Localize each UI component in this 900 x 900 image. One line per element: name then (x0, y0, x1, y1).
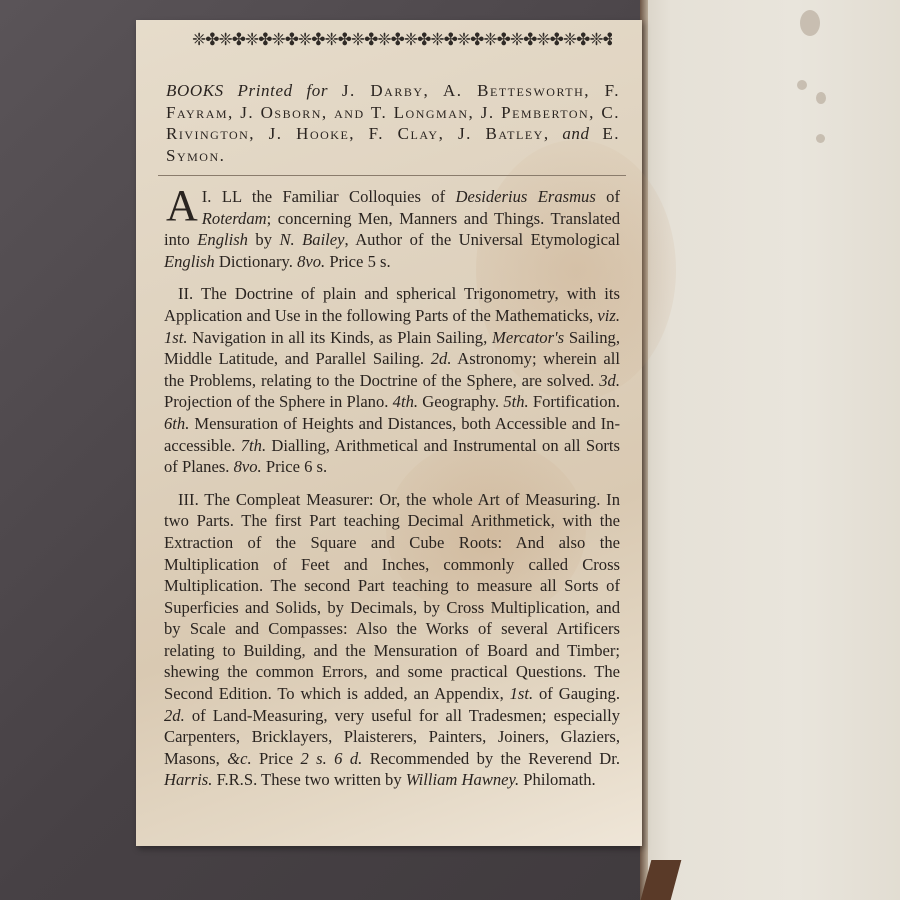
header-rule (158, 175, 626, 176)
entry-text: LL the Familiar Colloquies of (222, 187, 456, 206)
entry-text: Price 6 s. (262, 457, 327, 476)
book-entry-1: I. ALL the Familiar Colloquies of Deside… (164, 186, 620, 272)
entry-text: Fortification. (529, 392, 620, 411)
entry-italic: N. Bailey (279, 230, 344, 249)
foxing-spot (816, 134, 825, 143)
entry-italic: 6th. (164, 414, 189, 433)
header-books: BOOKS (166, 81, 224, 100)
entry-italic: Mercator's (492, 328, 564, 347)
entry-text: Price 5 s. (325, 252, 390, 271)
right-blank-page (640, 0, 900, 900)
header-printed-for: Printed for (224, 81, 342, 100)
entry-italic: Harris. (164, 770, 212, 789)
entry-italic: &c. (227, 749, 251, 768)
entry-text: F.R.S. These two written by (212, 770, 405, 789)
entry-italic: English (197, 230, 248, 249)
entry-text: of Gauging. (533, 684, 620, 703)
entry-italic: 4th. (393, 392, 418, 411)
entry-italic: 2d. (164, 706, 185, 725)
entry-italic: 8vo. (297, 252, 325, 271)
entry-italic: 1st. (510, 684, 534, 703)
entry-italic: Roterdam (202, 209, 267, 228)
book-entry-2: II. The Doctrine of plain and spherical … (164, 283, 620, 477)
entry-text: of (596, 187, 620, 206)
entry-number: I. (202, 187, 212, 206)
entry-italic: 5th. (503, 392, 528, 411)
entry-italic: 3d. (599, 371, 620, 390)
entry-italic: Desiderius Erasmus (455, 187, 595, 206)
entry-text: Philomath. (519, 770, 596, 789)
entry-text: by (248, 230, 279, 249)
entry-italic: 2 s. 6 d. (300, 749, 362, 768)
foxing-spot (800, 10, 820, 36)
printers-ornament-band: ❈✤❈✤❈✤❈✤❈✤❈✤❈✤❈✤❈✤❈✤❈✤❈✤❈✤❈✤❈✤❈✤❈✤❈✤❈✤❈✤… (192, 27, 612, 53)
left-printed-page: ❈✤❈✤❈✤❈✤❈✤❈✤❈✤❈✤❈✤❈✤❈✤❈✤❈✤❈✤❈✤❈✤❈✤❈✤❈✤❈✤… (136, 20, 642, 846)
entry-text: Price (252, 749, 301, 768)
foxing-spot (797, 80, 807, 90)
entry-text: II. The Doctrine of plain and spherical … (164, 284, 620, 325)
entry-text: Recommended by the Reverend Dr. (362, 749, 620, 768)
entry-text: Navigation in all its Kinds, as Plain Sa… (188, 328, 492, 347)
entry-italic: English (164, 252, 215, 271)
entry-italic: William Hawney. (406, 770, 519, 789)
foxing-spot (816, 92, 826, 104)
entry-italic: 7th. (241, 436, 266, 455)
entry-text: Projection of the Sphere in Plano. (164, 392, 393, 411)
entry-text: III. The Compleat Measurer: Or, the whol… (164, 490, 620, 703)
entry-italic: 2d. (431, 349, 452, 368)
publisher-header: BOOKS Printed for J. Darby, A. Betteswor… (164, 80, 620, 166)
entry-text: , Author of the Universal Etymological (345, 230, 620, 249)
entry-text: Geography. (418, 392, 503, 411)
entry-text: Dictionary. (215, 252, 297, 271)
entry-italic: 8vo. (234, 457, 262, 476)
drop-cap: A (166, 188, 198, 224)
page-text: BOOKS Printed for J. Darby, A. Betteswor… (164, 80, 620, 802)
book-entry-3: III. The Compleat Measurer: Or, the whol… (164, 489, 620, 791)
header-and: and (550, 124, 603, 143)
